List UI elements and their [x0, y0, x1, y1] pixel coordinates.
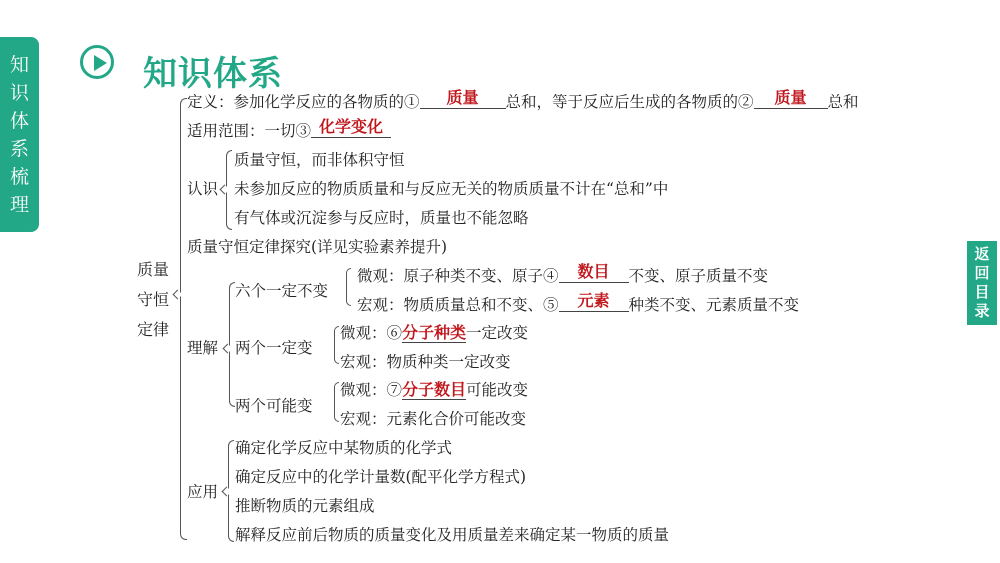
return-char: 目: [974, 283, 989, 302]
answer-blank-1: 质量: [420, 88, 506, 109]
root-label-line: 守恒: [137, 285, 169, 315]
definition-line: 定义：参加化学反应的各物质的①质量总和，等于反应后生成的各物质的②质量总和: [187, 92, 859, 113]
return-char: 回: [974, 264, 989, 283]
understanding-item: 质量守恒，而非体积守恒: [234, 150, 405, 170]
two-maybe-micro-line: 微观：⑦分子数目可能改变: [340, 380, 528, 400]
two-maybe-macro-line: 宏观：元素化合价可能改变: [340, 409, 526, 429]
side-tab-char: 梳: [10, 163, 29, 191]
side-tab-char: 系: [10, 135, 29, 163]
two-maybe-label: 两个可能变: [235, 396, 313, 416]
two-maybe-micro-prefix: 微观：⑦: [340, 381, 402, 399]
definition-suffix: 总和: [828, 93, 859, 111]
return-to-contents-button[interactable]: 返 回 目 录: [967, 241, 997, 325]
scope-prefix: 适用范围：一切③: [187, 122, 311, 140]
two-maybe-brace: [334, 382, 339, 422]
answer-blank-2: 质量: [754, 88, 828, 109]
scope-line: 适用范围：一切③化学变化: [187, 121, 391, 142]
application-item: 确定反应中的化学计量数(配平化学方程式): [235, 467, 526, 487]
six-unchanged-label: 六个一定不变: [235, 281, 328, 301]
root-label: 质量 守恒 定律: [137, 255, 169, 345]
side-tab-char: 体: [10, 107, 29, 135]
understanding-item: 有气体或沉淀参与反应时，质量也不能忽略: [234, 208, 529, 228]
two-changed-micro-line: 微观：⑥分子种类一定改变: [340, 323, 528, 343]
two-changed-macro-line: 宏观：物质种类一定改变: [340, 352, 511, 372]
side-tab-char: 理: [10, 191, 29, 219]
play-icon: [80, 45, 114, 79]
exploration-line: 质量守恒定律探究(详见实验素养提升): [187, 237, 447, 257]
six-micro-prefix: 微观：原子种类不变、原子④: [357, 267, 559, 285]
application-label: 应用: [187, 482, 218, 502]
six-macro-suffix: 种类不变、元素质量不变: [629, 296, 800, 314]
two-changed-brace: [334, 326, 339, 364]
root-label-line: 质量: [137, 255, 169, 285]
answer-7: 分子数目: [402, 380, 466, 400]
application-item: 确定化学反应中某物质的化学式: [235, 438, 452, 458]
six-macro-prefix: 宏观：物质质量总和不变、⑤: [357, 296, 559, 314]
root-label-line: 定律: [137, 315, 169, 345]
two-changed-micro-prefix: 微观：⑥: [340, 324, 402, 342]
definition-prefix: 定义：参加化学反应的各物质的①: [187, 93, 420, 111]
return-char: 录: [974, 302, 989, 321]
side-tab-char: 识: [10, 79, 29, 107]
understanding-label: 认识: [187, 179, 218, 199]
side-tab-char: 知: [10, 51, 29, 79]
answer-blank-5: 元素: [559, 291, 629, 312]
side-tab-knowledge-outline[interactable]: 知 识 体 系 梳 理: [0, 37, 39, 232]
answer-blank-3: 化学变化: [311, 117, 391, 138]
main-brace: [180, 98, 187, 540]
answer-6: 分子种类: [402, 323, 466, 343]
comprehension-label: 理解: [187, 338, 218, 358]
six-unchanged-brace: [346, 268, 351, 306]
page-title: 知识体系: [143, 46, 283, 95]
two-changed-label: 两个一定变: [235, 338, 313, 358]
two-changed-micro-suffix: 一定改变: [466, 324, 528, 342]
definition-middle: 总和，等于反应后生成的各物质的②: [506, 93, 754, 111]
application-item: 推断物质的元素组成: [235, 496, 375, 516]
understanding-item: 未参加反应的物质质量和与反应无关的物质质量不计在“总和”中: [234, 179, 668, 199]
six-macro-line: 宏观：物质质量总和不变、⑤元素种类不变、元素质量不变: [357, 295, 799, 316]
six-micro-suffix: 不变、原子质量不变: [629, 267, 769, 285]
application-item: 解释反应前后物质的质量变化及用质量差来确定某一物质的质量: [235, 525, 669, 545]
return-char: 返: [974, 245, 989, 264]
two-maybe-micro-suffix: 可能改变: [466, 381, 528, 399]
six-micro-line: 微观：原子种类不变、原子④数目不变、原子质量不变: [357, 266, 768, 287]
answer-blank-4: 数目: [559, 262, 629, 283]
